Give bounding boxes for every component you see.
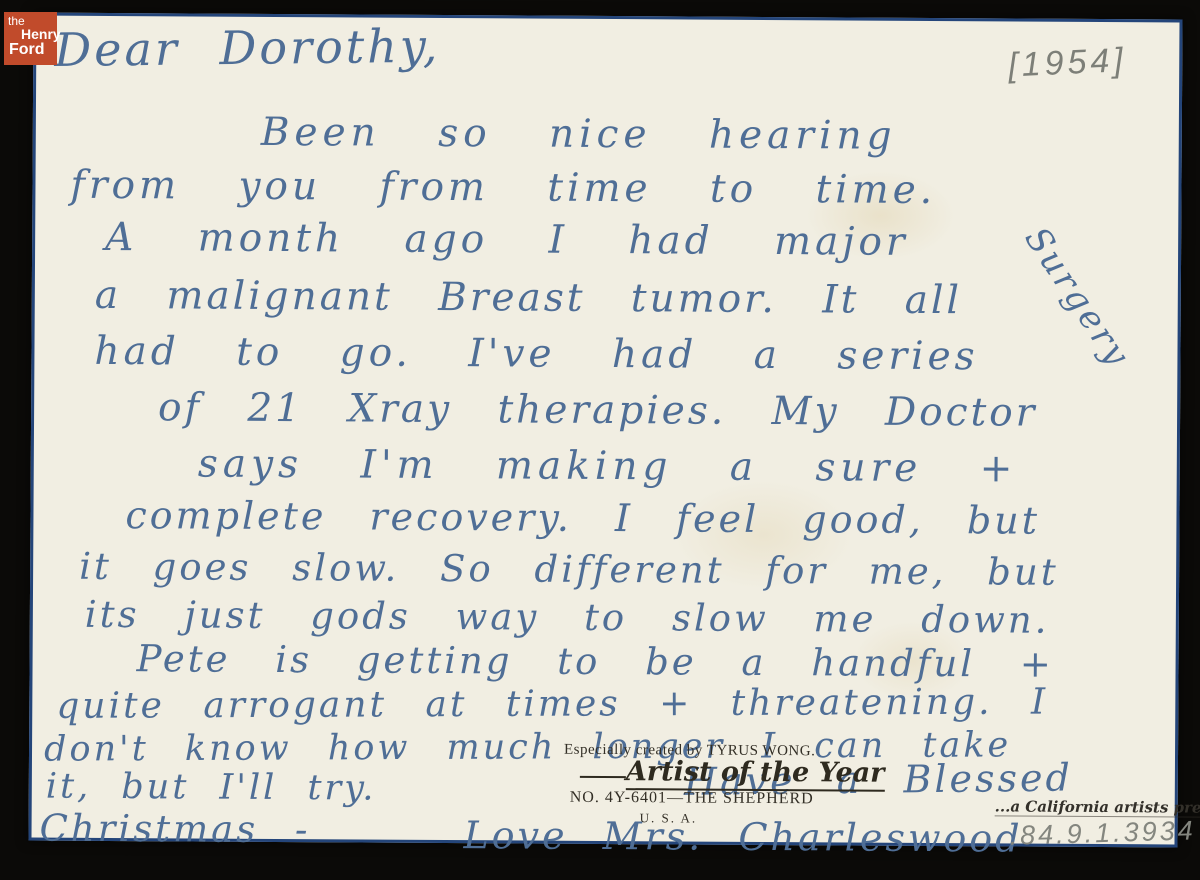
handwriting-line: its just gods way to slow me down.: [85, 596, 1050, 639]
handwriting-salutation: Dear Dorothy,: [54, 23, 441, 73]
handwriting-line: complete recovery. I feel good, but: [125, 496, 1040, 540]
logo-text-ford: Ford: [9, 42, 57, 58]
printed-publisher-line: ...a California artists presentation: [995, 797, 1200, 818]
date-annotation: [1954]: [1007, 41, 1127, 85]
handwriting-line: from you from time to time.: [70, 166, 936, 210]
henry-ford-logo: the Henry Ford: [4, 12, 57, 65]
handwriting-line: Christmas -: [39, 810, 310, 849]
photo-background: [1954] Dear Dorothy, Been so nice hearin…: [0, 0, 1200, 880]
printed-catalog-number: NO. 4Y-6401—THE SHEPHERD: [570, 789, 814, 808]
handwriting-line: Pete is getting to be a handful +: [136, 640, 1053, 683]
handwriting-line-diagonal: Surgery: [1019, 222, 1136, 374]
handwriting-line: says I'm making a sure +: [198, 445, 1018, 489]
handwriting-line: of 21 Xray therapies. My Doctor: [158, 388, 1037, 432]
logo-text-henry: Henry: [21, 27, 57, 41]
handwriting-line: had to go. I've had a series: [94, 332, 978, 376]
handwriting-line: Been so nice hearing: [261, 113, 897, 156]
handwriting-line: it goes slow. So different for me, but: [79, 548, 1059, 591]
handwriting-signature: Love Mrs. Charleswood: [463, 816, 1022, 857]
handwriting-line: quite arrogant at times + threatening. I: [56, 685, 1048, 725]
printed-country: U. S. A.: [640, 810, 698, 826]
handwriting-line: a malignant Breast tumor. It all: [95, 276, 962, 320]
printed-award-script: Artist of the Year: [626, 756, 885, 792]
accession-number: .84.9.1.3934: [1009, 815, 1196, 851]
flourish-line: [580, 776, 626, 778]
handwriting-line: it, but I'll try.: [46, 770, 377, 807]
handwriting-line: A month ago I had major: [105, 218, 909, 262]
letter-card: [1954] Dear Dorothy, Been so nice hearin…: [28, 12, 1182, 847]
